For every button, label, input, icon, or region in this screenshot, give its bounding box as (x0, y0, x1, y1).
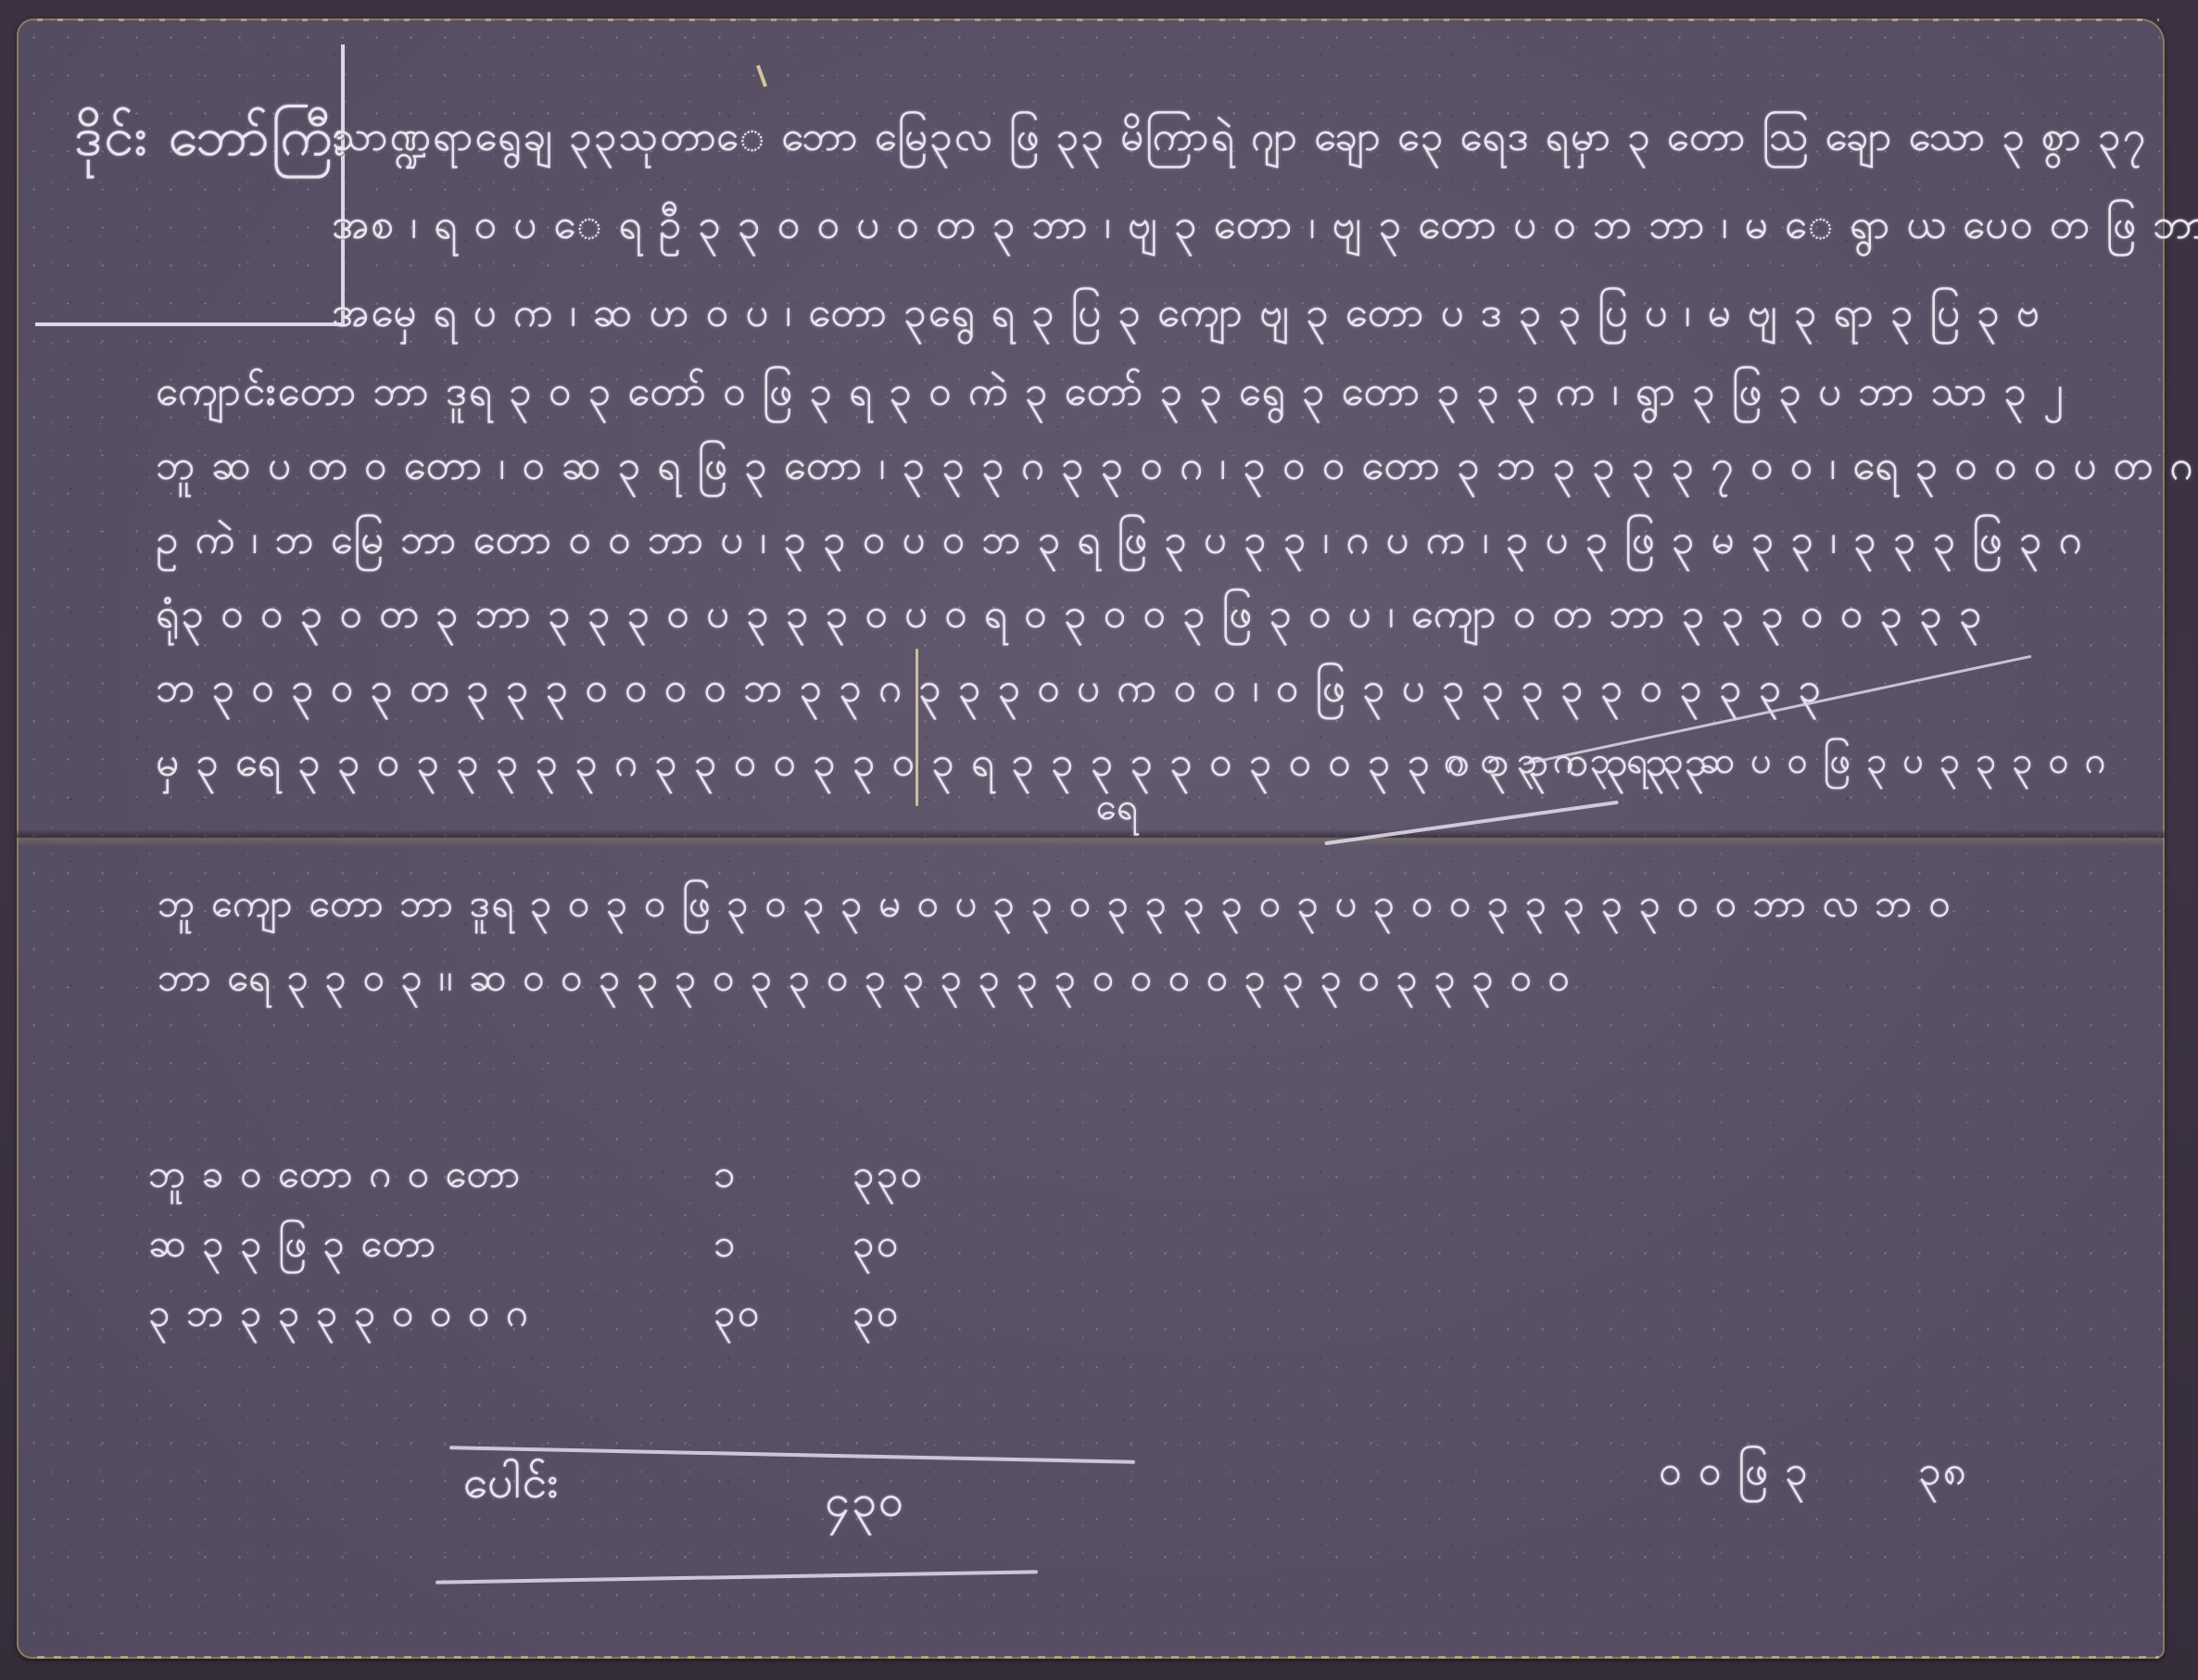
ledger-value: ၃၀ (853, 1219, 900, 1276)
text-line: ရုံ၃ ၀ ၀ ၃ ၀ တ ၃ ဘာ ၃ ၃ ၃ ၀ ပ ၃ ၃ ၃ ၀ ပ … (156, 577, 1984, 651)
text-line: ဘာ ရေ ၃ ၃ ၀ ၃ ၊၊ ဆ ၀ ၀ ၃ ၃ ၃ ၀ ၃ ၃ ၀ ၃ ၃… (158, 941, 1572, 1015)
text-line: ဥ ကဲ ၊ ဘ မြေ ဘာ တော ၀ ၀ ဘာ ပ ၊ ၃ ၃ ၀ ပ ၀… (156, 503, 2084, 577)
heading-box: ဒိုင်း ဘော်ကြီး (35, 44, 345, 326)
ledger-label: ဆ ၃ ၃ ဖြ ၃ တော (148, 1219, 437, 1276)
text-line: ကျောင်းတော ဘာ ဒူရ ၃ ၀ ၃ တော် ၀ ဖြ ၃ ရ ၃ … (156, 355, 2065, 429)
text-line: ဘူ ဆ ပ တ ဝ တော ၊ ၀ ဆ ၃ ရ ဖြ ၃ တော ၊ ၃ ၃ … (156, 429, 2194, 503)
ledger-qty: ၁ (714, 1149, 738, 1206)
heading-text: ဒိုင်း ဘော်ကြီး (72, 100, 350, 172)
ledger-qty: ၁ (714, 1219, 738, 1276)
ledger-label: ဘူ ခ ဝ တော ဂ ဝ တော (148, 1149, 522, 1206)
ledger-value: ၃၀ (853, 1288, 900, 1345)
text-line: သာဏ္ဍရာရွေချ ၃၃သုတာေ ဘော မြေ၃လ ဖြ ၃၃ မိက… (332, 100, 2147, 174)
signoff-left: ရေ (1096, 783, 1140, 838)
total-value: ၄၃၀ (825, 1473, 905, 1538)
footer-signature: ဝ ၀ ဖြ ၃ (1659, 1446, 1810, 1505)
text-line: အမှေ ရ ပ ဂာ ၊ ဆ ဟ ၀ ပ ၊ တော ၃ရွေ ရ ၃ ပြ … (332, 276, 2041, 350)
worn-bottom-edge (37, 1656, 2159, 1659)
ledger-value: ၃၃၀ (853, 1149, 924, 1206)
upper-panel: ဒိုင်း ဘော်ကြီး သာဏ္ဍရာရွေချ ၃၃သုတာေ ဘော… (17, 19, 2165, 834)
total-label: ပေါင်း (463, 1455, 561, 1520)
text-line: ဘူ ကျော တော ဘာ ဒူရ ၃ ၀ ၃ ၀ ဖြ ၃ ၀ ၃ ၃ မ … (158, 866, 1952, 941)
signoff-right: ဂ ၀ ၃ ဂ ၃ ရ ၃ ဆ ပ ၀ ဖြ ၃ ပ ၃ ၃ ၃ ၀ ဂ (1444, 737, 2108, 791)
footer-number: ၃၈ (1918, 1446, 1968, 1505)
text-line: အစ ၊ ရ ၀ ပ ေ ရ ဦ ၃ ၃ ၀ ၀ ပ ၀ တ ၃ ဘာ ၊ ဗျ… (332, 188, 2198, 262)
ledger-qty: ၃၀ (714, 1288, 761, 1345)
text-line: ဘ ၃ ၀ ၃ ၀ ၃ တ ၃ ၃ ၃ ၀ ၀ ၀ ၀ ဘ ၃ ၃ ဂ ၃ ၃ … (156, 651, 1823, 726)
ledger-label: ၃ ဘ ၃ ၃ ၃ ၃ ၀ ၀ ၀ ဂ (148, 1288, 530, 1345)
